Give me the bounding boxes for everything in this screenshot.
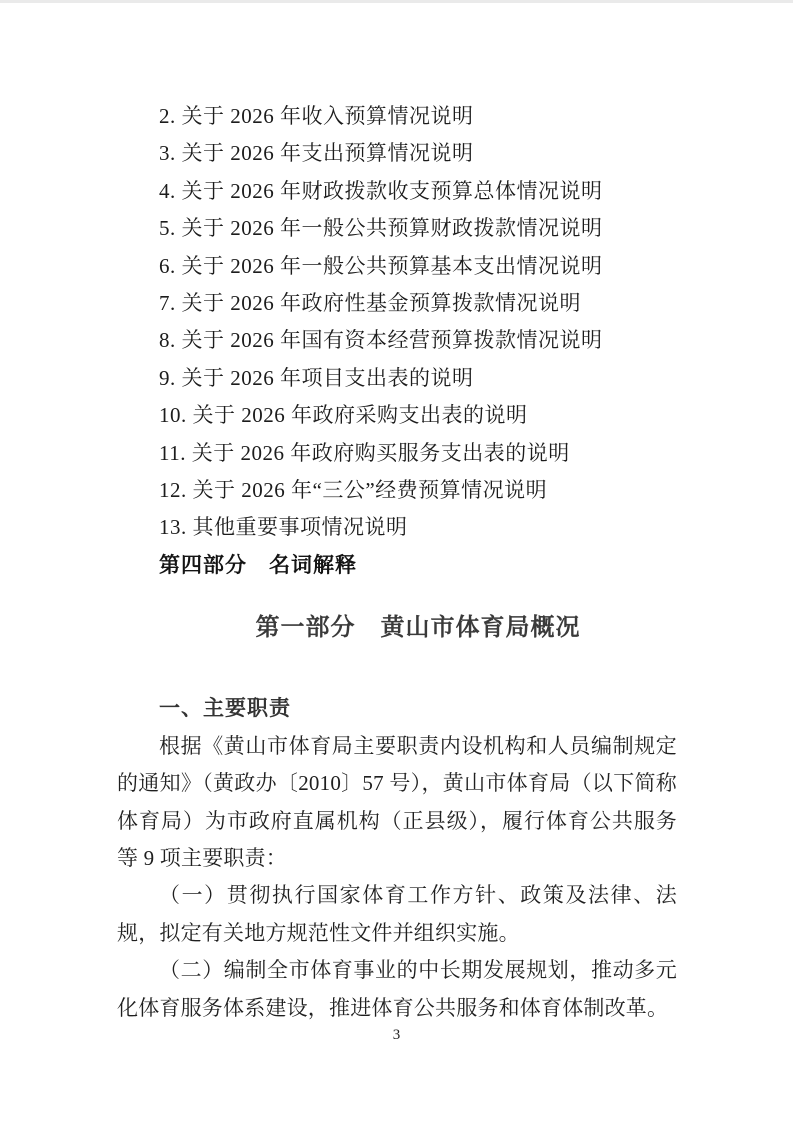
- document-page: 2. 关于 2026 年收入预算情况说明 3. 关于 2026 年支出预算情况说…: [0, 0, 793, 1122]
- toc-item-8: 8. 关于 2026 年国有资本经营预算拨款情况说明: [117, 322, 677, 359]
- table-of-contents: 2. 关于 2026 年收入预算情况说明 3. 关于 2026 年支出预算情况说…: [117, 98, 677, 584]
- page-content: 2. 关于 2026 年收入预算情况说明 3. 关于 2026 年支出预算情况说…: [0, 0, 793, 1027]
- toc-item-13: 13. 其他重要事项情况说明: [117, 509, 677, 546]
- toc-item-7: 7. 关于 2026 年政府性基金预算拨款情况说明: [117, 285, 677, 322]
- toc-item-4: 4. 关于 2026 年财政拨款收支预算总体情况说明: [117, 173, 677, 210]
- toc-item-12: 12. 关于 2026 年“三公”经费预算情况说明: [117, 472, 677, 509]
- toc-part-4-heading: 第四部分 名词解释: [117, 547, 677, 584]
- paragraph-duty-2: （二）编制全市体育事业的中长期发展规划，推动多元化体育服务体系建设，推进体育公共…: [117, 952, 677, 1027]
- toc-item-10: 10. 关于 2026 年政府采购支出表的说明: [117, 397, 677, 434]
- page-number: 3: [0, 1026, 793, 1044]
- heading-main-duties: 一、主要职责: [117, 690, 677, 727]
- toc-item-3: 3. 关于 2026 年支出预算情况说明: [117, 135, 677, 172]
- section-title: 第一部分 黄山市体育局概况: [117, 605, 677, 650]
- toc-item-9: 9. 关于 2026 年项目支出表的说明: [117, 360, 677, 397]
- page-top-edge: [0, 0, 793, 3]
- paragraph-intro: 根据《黄山市体育局主要职责内设机构和人员编制规定的通知》（黄政办〔2010〕57…: [117, 728, 677, 878]
- paragraph-duty-1: （一）贯彻执行国家体育工作方针、政策及法律、法规，拟定有关地方规范性文件并组织实…: [117, 877, 677, 952]
- toc-item-6: 6. 关于 2026 年一般公共预算基本支出情况说明: [117, 248, 677, 285]
- toc-item-2: 2. 关于 2026 年收入预算情况说明: [117, 98, 677, 135]
- toc-item-11: 11. 关于 2026 年政府购买服务支出表的说明: [117, 435, 677, 472]
- toc-item-5: 5. 关于 2026 年一般公共预算财政拨款情况说明: [117, 210, 677, 247]
